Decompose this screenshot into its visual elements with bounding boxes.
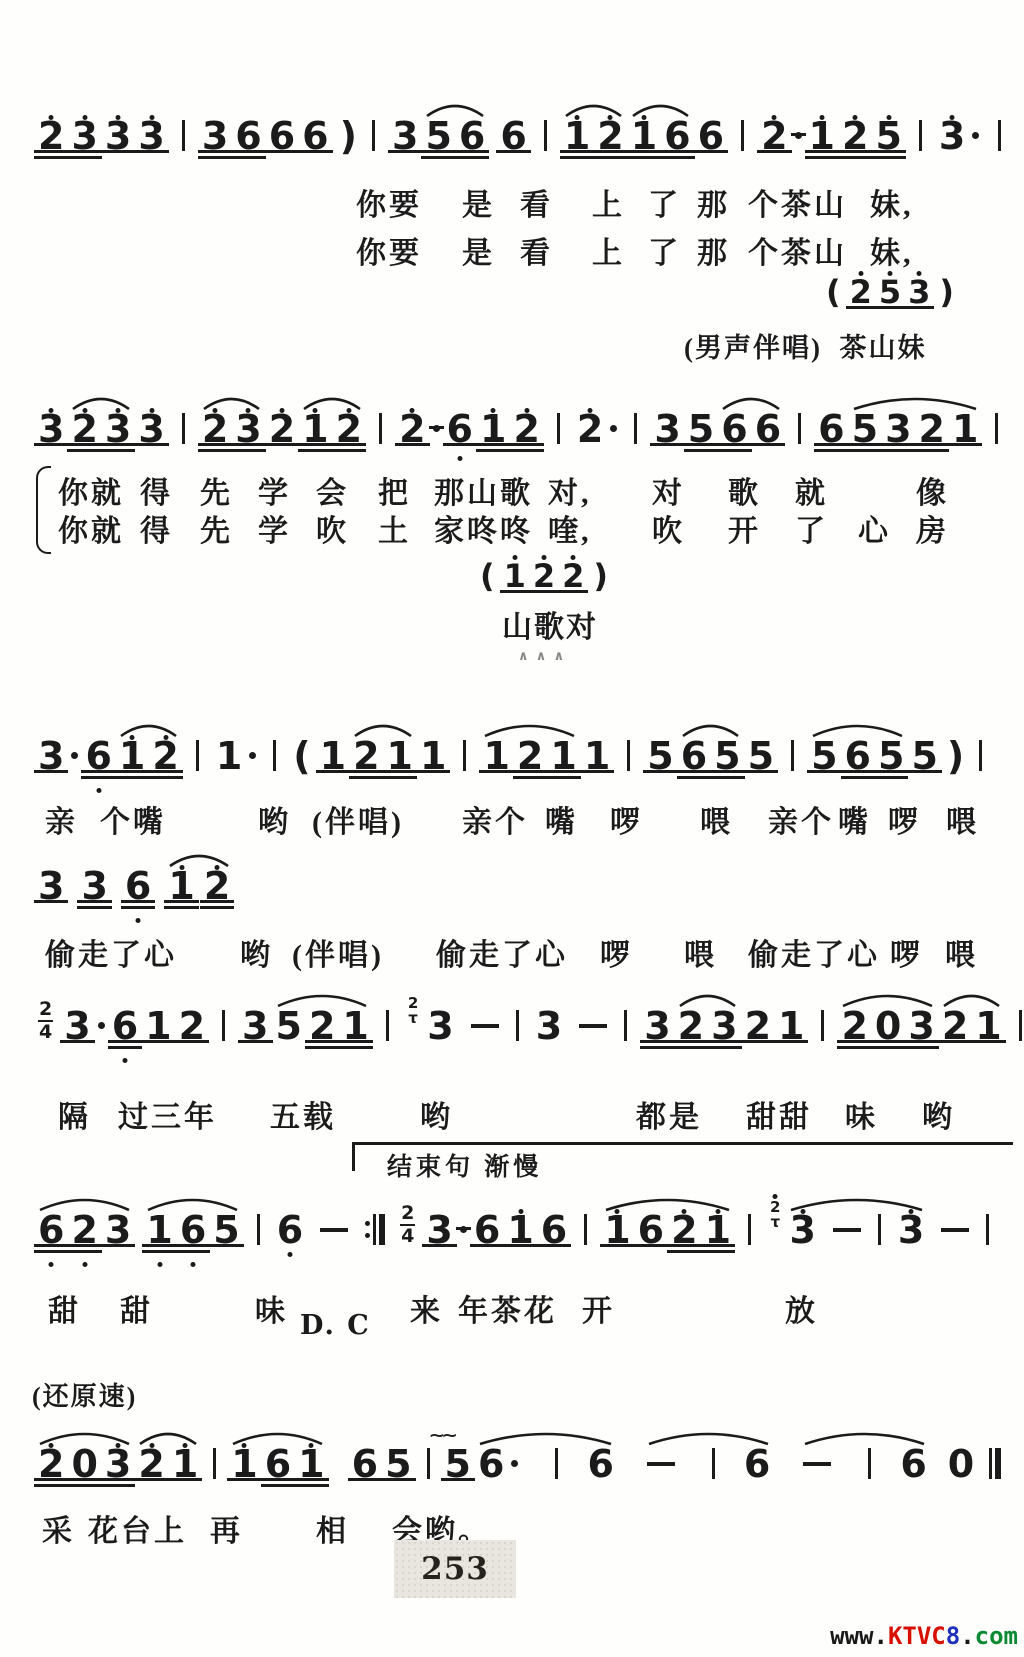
watermark-segment: KTVC — [888, 1622, 946, 1650]
octave-dot-high — [512, 555, 517, 560]
duration-underline — [904, 1040, 938, 1043]
duration-underline — [168, 1478, 202, 1481]
duration-underline — [904, 1046, 938, 1049]
lyric-segment: 偷走了心 — [436, 930, 568, 974]
note-digit: 3 — [38, 409, 64, 449]
paren-open: ( — [293, 736, 310, 776]
duration-underline — [874, 770, 908, 773]
duration-underline — [198, 443, 232, 446]
duration-underline — [298, 443, 332, 446]
duration-underline — [627, 156, 661, 159]
orn-tau: τ — [408, 1011, 418, 1026]
note-digit: 0 — [71, 1444, 97, 1484]
paren-open: ( — [480, 556, 495, 596]
music-line-2: 32332321226122356665321 — [38, 405, 998, 449]
note-digit: 5 — [911, 736, 937, 776]
note-digit: 2 — [202, 409, 228, 449]
note-digit: 2 — [745, 1006, 771, 1046]
duration-underline — [479, 770, 513, 773]
note-digit: 3 — [536, 1006, 562, 1046]
duration-underline — [34, 1478, 68, 1481]
octave-dot-high — [82, 408, 87, 413]
bar-line — [463, 740, 466, 771]
lyric-segment: 看 — [520, 228, 553, 272]
octave-dot-low — [136, 918, 141, 923]
duration-underline — [558, 590, 588, 593]
duration-underline — [751, 443, 785, 446]
note-digit: 5 — [852, 409, 878, 449]
bar-line — [998, 120, 1001, 151]
note-digit: 3 — [242, 1006, 268, 1046]
lyric-segment: 喂 — [700, 797, 733, 841]
augmentation-dot — [98, 1022, 105, 1029]
duration-underline — [265, 150, 299, 153]
male-chorus-label: (男声伴唱) 茶山妹 — [684, 326, 926, 365]
note-digit: 3 — [654, 409, 680, 449]
duration-underline — [904, 306, 934, 309]
duration-underline — [67, 1244, 101, 1247]
duration-underline — [814, 443, 848, 446]
duration-underline — [529, 590, 559, 593]
duration-underline — [650, 443, 684, 446]
octave-dot-low — [122, 1058, 127, 1063]
lyric-segment: 那 — [697, 180, 730, 224]
note-digit: 3 — [789, 1210, 815, 1250]
extension-dash — [941, 1228, 969, 1233]
duration-underline — [915, 443, 949, 446]
lyric-segment: 花台上 — [88, 1506, 187, 1550]
bar-line — [196, 740, 199, 771]
octave-dot-low — [49, 1262, 54, 1267]
watermark: www.KTVC8.com — [830, 1622, 1018, 1650]
lyric-segment: 嘴 — [838, 797, 871, 841]
note-digit: 3 — [138, 409, 164, 449]
lyric-segment: 亲 — [45, 797, 78, 841]
duration-underline — [305, 1040, 339, 1043]
note-digit: 2 — [533, 556, 555, 596]
note-digit: 3 — [105, 1444, 131, 1484]
note-digit: 6 — [180, 1210, 206, 1250]
duration-underline — [717, 449, 751, 452]
note-digit: 2 — [71, 1210, 97, 1250]
duration-underline — [142, 1244, 176, 1247]
bar-line — [557, 413, 560, 444]
note-digit: 1 — [216, 736, 242, 776]
cutoff-glyphs: ∧ ∧ ∧ — [518, 648, 566, 664]
repeat-dot — [365, 1221, 370, 1226]
lyric-segment: 啰 — [888, 797, 921, 841]
paren-close: ) — [340, 116, 357, 156]
octave-dot-high — [886, 115, 891, 120]
duration-underline — [81, 770, 115, 773]
duration-underline — [305, 1046, 339, 1049]
note-digit: 1 — [809, 116, 835, 156]
note-digit: 6 — [265, 1444, 291, 1484]
duration-underline — [841, 776, 875, 779]
octave-dot-high — [279, 408, 284, 413]
note-digit: 6 — [818, 409, 844, 449]
lyric-segment: 得 — [140, 506, 173, 550]
octave-dot-high — [49, 1443, 54, 1448]
duration-underline — [455, 156, 489, 159]
bar-line — [634, 413, 637, 444]
lyric-segment: 看 — [520, 180, 553, 224]
note-digit: 1 — [172, 1444, 198, 1484]
lyric-segment: 是 — [462, 228, 495, 272]
augmentation-dot — [433, 425, 440, 432]
octave-dot-high — [917, 271, 922, 276]
note-digit: 3 — [81, 866, 107, 906]
duration-underline — [701, 1244, 735, 1247]
bar-line — [257, 1214, 260, 1245]
lyric-segment: 哟 — [420, 1092, 453, 1136]
extension-dash — [833, 1228, 861, 1233]
duration-underline — [814, 449, 848, 452]
duration-underline — [513, 776, 547, 779]
duration-underline — [710, 770, 744, 773]
lyric-segment: 个嘴 — [100, 797, 166, 841]
lyric-segment: 你要 — [356, 180, 422, 224]
lyric-segment: 都是 — [636, 1092, 702, 1136]
lyric-segment: 哟 — [240, 930, 273, 974]
duration-underline — [875, 306, 905, 309]
augmentation-dot — [511, 1460, 518, 1467]
duration-underline — [500, 590, 530, 593]
note-digit: 2 — [841, 1006, 867, 1046]
duration-underline — [231, 449, 265, 452]
note-digit: 5 — [748, 736, 774, 776]
duration-underline — [915, 449, 949, 452]
bar-line — [182, 120, 185, 151]
duration-underline — [298, 150, 332, 153]
ts-numerator: 2 — [400, 1203, 415, 1226]
note-digit: 6 — [845, 736, 871, 776]
duration-underline — [560, 150, 594, 153]
note-digit: 3 — [908, 1006, 934, 1046]
lyric-segment: 妹, — [870, 228, 914, 272]
lyrics-1b: 你要是看上了那个茶山妹, — [0, 228, 1024, 270]
lyric-segment: 偷走了心 — [45, 930, 177, 974]
note-digit: 1 — [119, 736, 145, 776]
paren-open: ( — [826, 272, 841, 312]
octave-dot-high — [909, 1209, 914, 1214]
octave-dot-high — [149, 115, 154, 120]
duration-underline — [383, 770, 417, 773]
music-fill-122: (122) — [480, 552, 608, 596]
duration-underline — [503, 1244, 537, 1247]
duration-underline — [837, 1046, 871, 1049]
duration-underline — [176, 1244, 210, 1247]
duration-underline — [101, 150, 135, 153]
lyrics-1a: 你要是看上了那个茶山妹, — [0, 180, 1024, 222]
duration-underline — [198, 449, 232, 452]
note-digit: 1 — [604, 1210, 630, 1250]
bar-line — [273, 740, 276, 771]
octave-dot-high — [858, 271, 863, 276]
ornament-2-tau: 2τ — [408, 996, 418, 1026]
duration-underline — [175, 1040, 209, 1043]
duration-underline — [381, 1478, 415, 1481]
duration-underline — [101, 1244, 135, 1247]
paren-close: ) — [947, 736, 964, 776]
duration-underline — [142, 1250, 176, 1253]
lyric-segment: 啰 — [600, 930, 633, 974]
note-digit: 6 — [447, 409, 473, 449]
note-digit: 2 — [761, 116, 787, 156]
duration-underline — [34, 1484, 68, 1487]
bar-line — [372, 120, 375, 151]
duration-underline — [421, 156, 455, 159]
duration-underline — [67, 443, 101, 446]
paren-close: ) — [593, 556, 608, 596]
octave-dot-high — [313, 408, 318, 413]
note-digit: 6 — [681, 736, 707, 776]
octave-dot-high — [853, 115, 858, 120]
watermark-segment: . — [960, 1622, 974, 1650]
octave-dot-high — [49, 408, 54, 413]
octave-dot-high — [183, 1443, 188, 1448]
bar-line — [748, 1214, 751, 1245]
duration-underline — [77, 906, 111, 909]
extension-dash — [803, 1462, 831, 1467]
lyric-segment: 那 — [697, 228, 730, 272]
lyric-segment: 吹 — [652, 506, 685, 550]
lyric-segment: 亲个 — [462, 797, 528, 841]
bar-line — [1019, 1010, 1022, 1041]
bar-line — [182, 413, 185, 444]
duration-underline — [805, 156, 839, 159]
lyric-segment: 上 — [592, 180, 625, 224]
duration-underline — [677, 776, 711, 779]
note-digit: 3 — [235, 409, 261, 449]
duration-underline — [881, 449, 915, 452]
note-digit: 6 — [755, 409, 781, 449]
lyric-segment: 是 — [462, 180, 495, 224]
note-digit: 1 — [480, 409, 506, 449]
note-digit: 2 — [671, 1210, 697, 1250]
note-digit: 1 — [631, 116, 657, 156]
note-digit: 3 — [105, 1210, 131, 1250]
duration-underline — [164, 906, 198, 909]
octave-dot-high — [242, 1443, 247, 1448]
extension-dash — [320, 1228, 348, 1233]
duration-underline — [349, 770, 383, 773]
duration-underline — [476, 449, 510, 452]
note-digit: 1 — [146, 1210, 172, 1250]
duration-underline — [848, 449, 882, 452]
duration-underline — [121, 900, 155, 903]
note-digit: 1 — [550, 736, 576, 776]
shangedui-label: 山歌对 — [502, 602, 598, 646]
duration-underline — [101, 1484, 135, 1487]
note-digit: 2 — [38, 1444, 64, 1484]
duration-underline — [383, 776, 417, 779]
music-line-1: 23333666)35661216621253 — [38, 112, 1001, 156]
bar-line — [821, 1010, 824, 1041]
bar-line — [995, 413, 998, 444]
note-digit: 2 — [269, 409, 295, 449]
lyric-segment: 嘴 — [545, 797, 578, 841]
augmentation-dot — [249, 752, 256, 759]
lyric-segment: 你就 — [58, 506, 124, 550]
lyric-segment: 甜 — [120, 1286, 153, 1330]
note-digit: 3 — [898, 1210, 924, 1250]
duration-underline — [34, 770, 68, 773]
note-digit: 5 — [714, 736, 740, 776]
bar-line — [798, 413, 801, 444]
augmentation-dot — [972, 132, 979, 139]
duration-underline — [81, 776, 115, 779]
note-digit: 2 — [919, 409, 945, 449]
duration-underline — [627, 150, 661, 153]
note-digit: 3 — [71, 116, 97, 156]
note-digit: 2 — [353, 736, 379, 776]
note-digit: 2 — [336, 409, 362, 449]
note-digit: 2 — [513, 409, 539, 449]
octave-dot-high — [608, 115, 613, 120]
duration-underline — [164, 900, 198, 903]
music-fill-253: (253) — [826, 268, 954, 312]
duration-underline — [640, 1040, 674, 1043]
duration-underline — [837, 1040, 871, 1043]
verse-2: 你就得先学吹土家咚咚喹,吹开了心房 — [0, 506, 1024, 548]
note-digit: 1 — [298, 1444, 324, 1484]
duration-underline — [348, 1478, 382, 1481]
duration-underline — [34, 443, 68, 446]
note-digit: 2 — [138, 1444, 164, 1484]
lyric-segment: 房 — [916, 506, 949, 550]
note-digit: 2 — [399, 409, 425, 449]
duration-underline — [231, 156, 265, 159]
note-digit: 2 — [942, 1006, 968, 1046]
duration-underline — [846, 306, 876, 309]
octave-dot-high — [82, 115, 87, 120]
duration-underline — [593, 150, 627, 153]
note-digit: 2 — [678, 1006, 704, 1046]
octave-dot-high — [575, 115, 580, 120]
ts-denominator: 4 — [401, 1226, 414, 1247]
da-capo: D. C — [300, 1310, 371, 1341]
lyric-segment: 吹 — [316, 506, 349, 550]
note-digit: 1 — [387, 736, 413, 776]
duration-underline — [115, 776, 149, 779]
octave-dot-high — [116, 1443, 121, 1448]
note-digit: 3 — [38, 736, 64, 776]
note-digit: 6 — [269, 116, 295, 156]
note-digit: 5 — [385, 1444, 411, 1484]
lyric-segment: 相 — [316, 1506, 349, 1550]
lyrics-3: 亲个嘴哟(伴唱)亲个嘴啰喂亲个嘴啰喂 — [0, 797, 1024, 839]
duration-underline — [416, 770, 450, 773]
duration-underline — [338, 1046, 372, 1049]
lyric-segment: 妹, — [870, 180, 914, 224]
duration-underline — [674, 1040, 708, 1043]
duration-underline — [757, 150, 791, 153]
duration-underline — [660, 156, 694, 159]
paren-close: ) — [939, 272, 954, 312]
ending-bracket-label: 结束句 渐慢 — [387, 1147, 542, 1183]
lyric-segment: 喂 — [945, 930, 978, 974]
octave-dot-low — [457, 456, 462, 461]
ending-bracket: 结束句 渐慢 — [352, 1142, 1013, 1171]
lyric-segment: 心 — [858, 506, 891, 550]
duration-underline — [429, 426, 444, 429]
note-digit: 1 — [168, 866, 194, 906]
duration-underline — [121, 906, 155, 909]
page-number-box: 253 — [394, 1540, 516, 1598]
note-digit: 1 — [320, 736, 346, 776]
note-digit: 1 — [975, 1006, 1001, 1046]
bar-line — [878, 1214, 881, 1245]
thick-bar — [995, 1448, 1002, 1479]
orn-tau: τ — [770, 1215, 780, 1230]
duration-underline — [774, 1040, 808, 1043]
lyric-segment: 了 — [648, 180, 681, 224]
bar-line — [386, 1010, 389, 1041]
octave-dot-high — [542, 555, 547, 560]
note-digit: 3 — [392, 116, 418, 156]
duration-underline — [643, 770, 677, 773]
augmentation-dot — [71, 752, 78, 759]
bar-line — [868, 1448, 871, 1479]
duration-underline — [600, 1244, 634, 1247]
octave-dot-high — [49, 115, 54, 120]
note-digit: 6 — [277, 1210, 303, 1250]
octave-dot-high — [246, 408, 251, 413]
note-digit: 2 — [577, 409, 603, 449]
lyric-segment: 开 — [728, 506, 761, 550]
octave-dot-high — [163, 735, 168, 740]
note-digit: 2 — [562, 556, 584, 596]
note-digit: 5 — [811, 736, 837, 776]
duration-underline — [971, 1040, 1005, 1043]
ts-denominator: 4 — [39, 1022, 52, 1043]
duration-underline — [694, 150, 728, 153]
bar-line — [627, 740, 630, 771]
duration-underline — [546, 776, 580, 779]
duration-underline — [871, 1040, 905, 1043]
note-digit: 3 — [105, 409, 131, 449]
ornament-2-tau: 2τ — [770, 1200, 780, 1230]
duration-underline — [115, 770, 149, 773]
duration-underline — [34, 1244, 68, 1247]
duration-underline — [701, 1250, 735, 1253]
note-digit: 3 — [644, 1006, 670, 1046]
lyric-segment: 亲个 — [768, 797, 834, 841]
duration-underline — [316, 770, 350, 773]
note-digit: 1 — [952, 409, 978, 449]
duration-underline — [470, 1244, 504, 1247]
lyric-segment: 你要 — [356, 228, 422, 272]
octave-dot-high — [149, 408, 154, 413]
octave-dot-low — [96, 788, 101, 793]
duration-underline — [141, 1040, 175, 1043]
lyric-segment: 味 — [845, 1092, 878, 1136]
lyric-segment: 个茶山 — [748, 228, 847, 272]
lyric-segment: 开 — [582, 1286, 615, 1330]
note-digit: 5 — [647, 736, 673, 776]
duration-underline — [456, 1227, 471, 1230]
octave-dot-high — [346, 408, 351, 413]
octave-dot-high — [116, 408, 121, 413]
lyric-segment: 来 — [410, 1286, 443, 1330]
note-digit: 2 — [850, 272, 872, 312]
bar-line — [986, 1214, 989, 1245]
octave-dot-high — [588, 408, 593, 413]
duration-underline — [707, 1046, 741, 1049]
duration-underline — [148, 776, 182, 779]
octave-dot-high — [524, 408, 529, 413]
